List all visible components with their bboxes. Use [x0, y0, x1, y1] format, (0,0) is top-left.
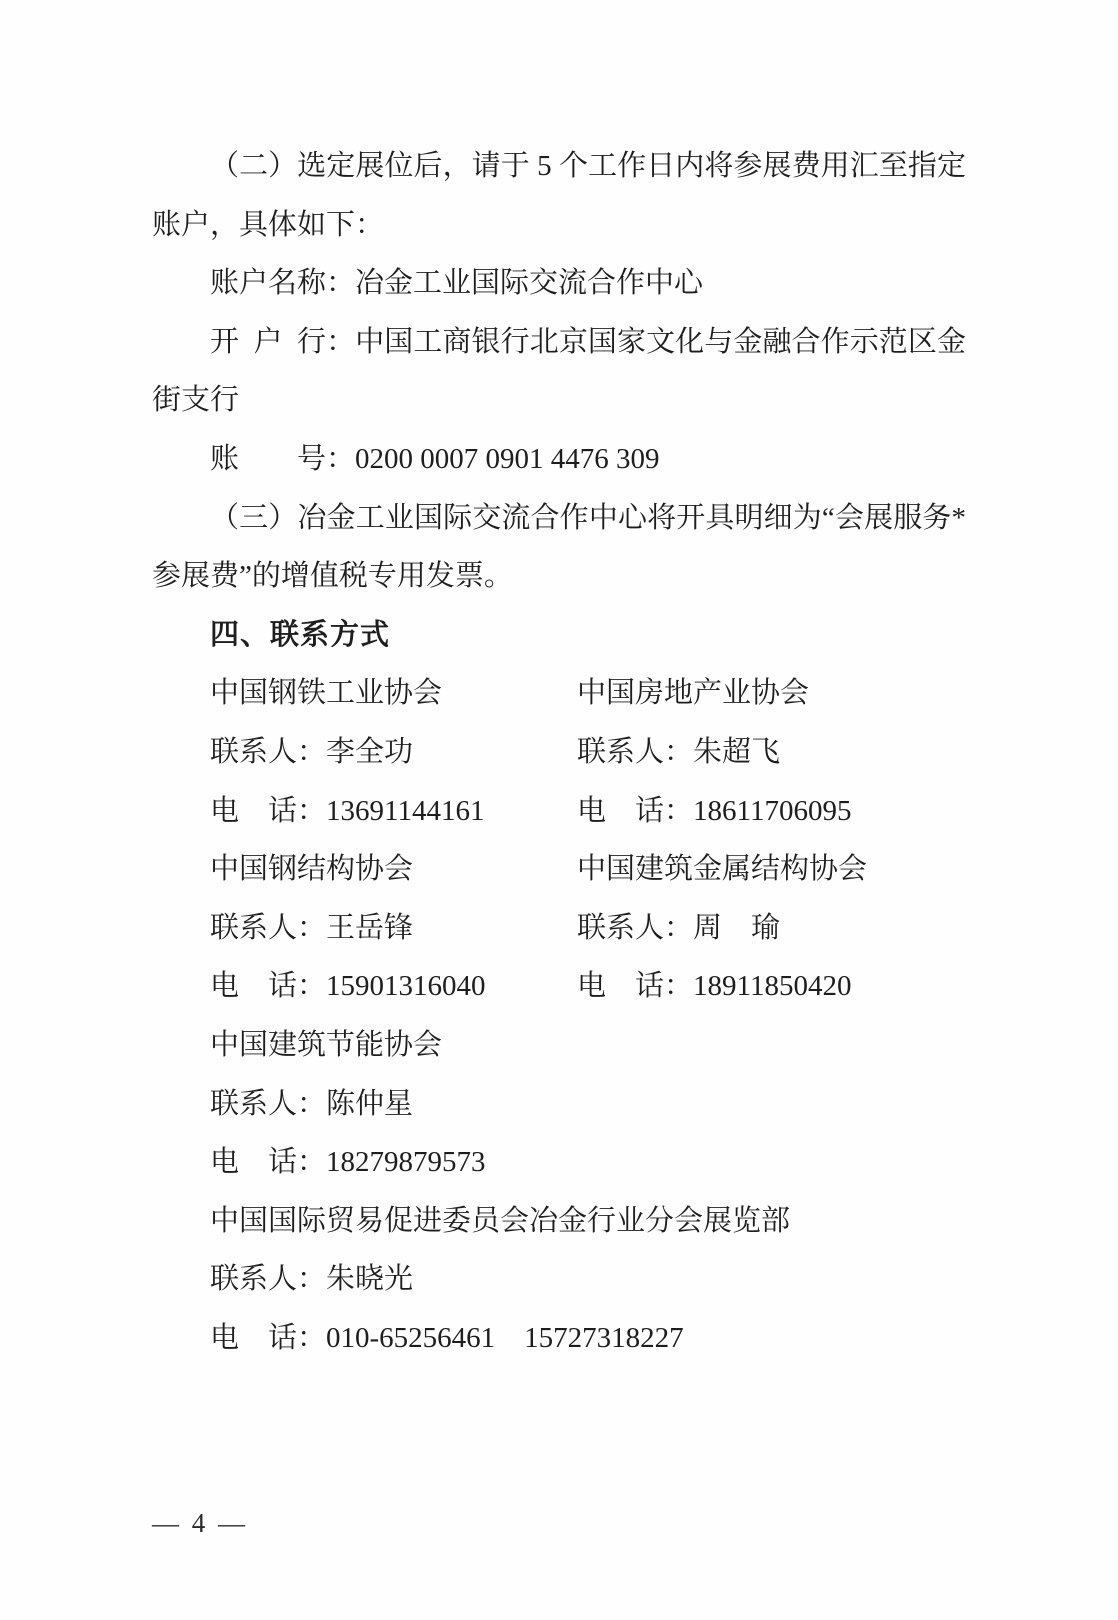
contact-person-line: 联系人：李全功	[210, 723, 577, 782]
contact-phone-line: 电 话：010-65256461 15727318227	[210, 1309, 966, 1368]
contact-org: 中国房地产业协会	[577, 664, 966, 723]
contacts-grid: 中国钢铁工业协会 联系人：李全功 电 话：13691144161 中国房地产业协…	[210, 664, 966, 1367]
person-label: 联系人	[210, 736, 297, 768]
colon: ：	[297, 912, 326, 944]
contact-org: 中国钢结构协会	[210, 840, 577, 899]
contact-person-line: 联系人：朱超飞	[577, 723, 966, 782]
phone-label: 电 话	[577, 782, 664, 841]
colon: ：	[326, 443, 355, 475]
person-label: 联系人	[210, 1088, 297, 1120]
colon: ：	[664, 795, 693, 827]
colon: ：	[297, 970, 326, 1002]
document-page: （二）选定展位后，请于 5 个工作日内将参展费用汇至指定账户，具体如下： 账户名…	[0, 0, 1118, 1620]
account-bank-line: 开 户 行：中国工商银行北京国家文化与金融合作示范区金街支行	[152, 313, 966, 430]
contact-person: 朱晓光	[326, 1263, 413, 1295]
phone-label: 电 话	[210, 1133, 297, 1192]
colon: ：	[297, 1146, 326, 1178]
person-label: 联系人	[577, 736, 664, 768]
account-number-value: 0200 0007 0901 4476 309	[355, 443, 660, 475]
contact-person: 朱超飞	[693, 736, 780, 768]
colon: ：	[297, 1322, 326, 1354]
colon: ：	[326, 326, 355, 358]
contact-block-metal-structure: 中国建筑金属结构协会 联系人：周 瑜 电 话：18911850420	[577, 840, 966, 1016]
contact-block-ccpit: 中国国际贸易促进委员会冶金行业分会展览部 联系人：朱晓光 电 话：010-652…	[210, 1192, 966, 1368]
colon: ：	[664, 912, 693, 944]
contact-block-real-estate: 中国房地产业协会 联系人：朱超飞 电 话：18611706095	[577, 664, 966, 840]
contact-org: 中国钢铁工业协会	[210, 664, 577, 723]
phone-label: 电 话	[210, 1309, 297, 1368]
contact-org: 中国建筑金属结构协会	[577, 840, 966, 899]
person-label: 联系人	[577, 912, 664, 944]
contact-person: 王岳锋	[326, 912, 413, 944]
contact-phone-line: 电 话：18279879573	[210, 1133, 577, 1192]
paragraph-item-two: （二）选定展位后，请于 5 个工作日内将参展费用汇至指定账户，具体如下：	[152, 137, 966, 254]
contact-phone-line: 电 话：18611706095	[577, 782, 966, 841]
account-bank-label: 开 户 行	[210, 313, 326, 372]
account-number-label: 账 号	[210, 430, 326, 489]
colon: ：	[297, 1263, 326, 1295]
person-label: 联系人	[210, 1263, 297, 1295]
account-name-value: 冶金工业国际交流合作中心	[355, 267, 703, 299]
person-label: 联系人	[210, 912, 297, 944]
account-name-line: 账户名称：冶金工业国际交流合作中心	[152, 254, 966, 313]
contact-phone-line: 电 话：15901316040	[210, 957, 577, 1016]
contact-phone: 18279879573	[326, 1146, 486, 1178]
colon: ：	[297, 1088, 326, 1120]
contact-org: 中国建筑节能协会	[210, 1016, 577, 1075]
contact-person-line: 联系人：王岳锋	[210, 899, 577, 958]
account-name-label: 账户名称	[210, 254, 326, 313]
contact-phone: 13691144161	[326, 795, 484, 827]
contact-org: 中国国际贸易促进委员会冶金行业分会展览部	[210, 1192, 966, 1251]
contact-phone-line: 电 话：13691144161	[210, 782, 577, 841]
phone-label: 电 话	[210, 782, 297, 841]
paragraph-item-three: （三）冶金工业国际交流合作中心将开具明细为“会展服务*参展费”的增值税专用发票。	[152, 489, 966, 606]
colon: ：	[297, 795, 326, 827]
contact-phone: 18611706095	[693, 795, 851, 827]
contact-person: 李全功	[326, 736, 413, 768]
contact-person-line: 联系人：朱晓光	[210, 1250, 966, 1309]
page-number: — 4 —	[152, 1508, 248, 1539]
contact-phone: 15901316040	[326, 970, 486, 1002]
colon: ：	[297, 736, 326, 768]
phone-label: 电 话	[210, 957, 297, 1016]
contact-person: 周 瑜	[693, 912, 780, 944]
account-number-line: 账 号：0200 0007 0901 4476 309	[152, 430, 966, 489]
contact-person: 陈仲星	[326, 1088, 413, 1120]
contact-phone-line: 电 话：18911850420	[577, 957, 966, 1016]
colon: ：	[326, 267, 355, 299]
section-heading-contacts: 四、联系方式	[152, 606, 966, 665]
contact-person-line: 联系人：周 瑜	[577, 899, 966, 958]
colon: ：	[664, 736, 693, 768]
contact-block-energy-conservation: 中国建筑节能协会 联系人：陈仲星 电 话：18279879573	[210, 1016, 577, 1192]
contact-phone: 010-65256461 15727318227	[326, 1322, 684, 1354]
phone-label: 电 话	[577, 957, 664, 1016]
contact-person-line: 联系人：陈仲星	[210, 1075, 577, 1134]
colon: ：	[664, 970, 693, 1002]
contact-block-steel-structure: 中国钢结构协会 联系人：王岳锋 电 话：15901316040	[210, 840, 577, 1016]
document-body: （二）选定展位后，请于 5 个工作日内将参展费用汇至指定账户，具体如下： 账户名…	[152, 137, 966, 1367]
contact-phone: 18911850420	[693, 970, 851, 1002]
contact-block-csia: 中国钢铁工业协会 联系人：李全功 电 话：13691144161	[210, 664, 577, 840]
